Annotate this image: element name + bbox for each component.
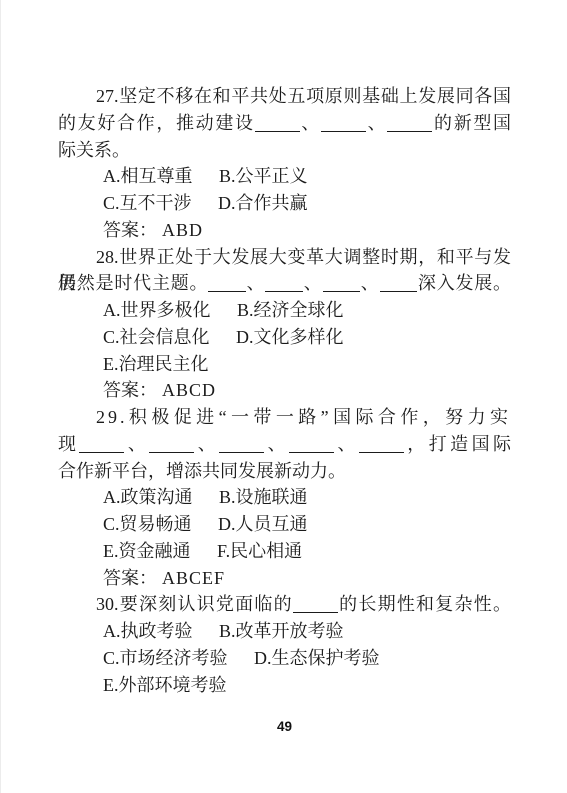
q30-option-d: D.生态保护考验 (254, 648, 380, 668)
q29-option-d: D.人员互通 (218, 514, 308, 534)
q28-options-row-2: C.社会信息化 D.文化多样化 (58, 324, 511, 351)
q29-options-row-1: A.政策沟通 B.设施联通 (58, 484, 511, 511)
q28-options-row-3: E.治理民主化 (58, 351, 511, 378)
q27-option-c: C.互不干涉 (103, 193, 192, 213)
q29-answer-value: ABCEF (162, 568, 225, 588)
q30-option-c: C.市场经济考验 (103, 648, 228, 668)
q29-option-a: A.政策沟通 (103, 487, 193, 507)
q29-option-c: C.贸易畅通 (103, 514, 192, 534)
q27-options-row-1: A.相互尊重 B.公平正义 (58, 163, 511, 190)
blank-underline (380, 290, 418, 292)
q29-stem-line-3: 合作新平台，增添共同发展新动力。 (58, 458, 511, 485)
question-29: 29.积极促进“一带一路”国际合作，努力实 现、、、、，打造国际 合作新平台，增… (58, 404, 511, 591)
blank-underline (219, 451, 264, 453)
q27-option-b: B.公平正义 (219, 166, 308, 186)
q28-option-b: B.经济全球化 (237, 300, 344, 320)
q28-stem-line-1: 28.世界正处于大发展大变革大调整时期，和平与发展 (58, 244, 511, 271)
q30-options-row-1: A.执政考验 B.改革开放考验 (58, 618, 511, 645)
q29-answer-line: 答案：ABCEF (58, 565, 511, 592)
page-number: 49 (1, 719, 567, 734)
blank-underline (293, 611, 338, 613)
document-page: 27.坚定不移在和平共处五项原则基础上发展同各国 的友好合作，推动建设、、的新型… (0, 0, 567, 793)
q30-option-e: E.外部环境考验 (103, 675, 227, 695)
blank-underline (323, 290, 361, 292)
text-block: 27.坚定不移在和平共处五项原则基础上发展同各国 的友好合作，推动建设、、的新型… (58, 83, 511, 698)
blank-underline (289, 451, 334, 453)
q29-option-b: B.设施联通 (219, 487, 308, 507)
q28-answer-label: 答案： (103, 380, 157, 400)
q30-option-a: A.执政考验 (103, 621, 193, 641)
q27-option-a: A.相互尊重 (103, 166, 193, 186)
q30-stem-line-1: 30.要深刻认识党面临的的长期性和复杂性。 (58, 591, 511, 618)
q28-option-e: E.治理民主化 (103, 354, 209, 374)
q30-options-row-3: E.外部环境考验 (58, 672, 511, 699)
q27-option-d: D.合作共赢 (218, 193, 308, 213)
q29-options-row-3: E.资金融通 F.民心相通 (58, 538, 511, 565)
blank-underline (387, 130, 432, 132)
q28-stem-line-2: 仍然是时代主题。、、、深入发展。 (58, 270, 511, 297)
q29-answer-label: 答案： (103, 568, 157, 588)
q27-answer-line: 答案：ABD (58, 217, 511, 244)
q28-options-row-1: A.世界多极化 B.经济全球化 (58, 297, 511, 324)
q28-option-d: D.文化多样化 (236, 327, 344, 347)
q28-option-a: A.世界多极化 (103, 300, 211, 320)
q27-options-row-2: C.互不干涉 D.合作共赢 (58, 190, 511, 217)
question-28: 28.世界正处于大发展大变革大调整时期，和平与发展 仍然是时代主题。、、、深入发… (58, 244, 511, 405)
q27-answer-label: 答案： (103, 220, 157, 240)
q28-answer-value: ABCD (162, 380, 216, 400)
blank-underline (149, 451, 194, 453)
blank-underline (359, 451, 404, 453)
q27-stem-line-2: 的友好合作，推动建设、、的新型国 (58, 110, 511, 137)
question-27: 27.坚定不移在和平共处五项原则基础上发展同各国 的友好合作，推动建设、、的新型… (58, 83, 511, 244)
q27-stem-line-3: 际关系。 (58, 137, 511, 164)
blank-underline (265, 290, 303, 292)
q29-options-row-2: C.贸易畅通 D.人员互通 (58, 511, 511, 538)
blank-underline (255, 130, 300, 132)
q27-stem-line-1: 27.坚定不移在和平共处五项原则基础上发展同各国 (58, 83, 511, 110)
blank-underline (321, 130, 366, 132)
q27-answer-value: ABD (162, 220, 203, 240)
blank-underline (208, 290, 246, 292)
q30-options-row-2: C.市场经济考验 D.生态保护考验 (58, 645, 511, 672)
q30-option-b: B.改革开放考验 (219, 621, 344, 641)
q28-option-c: C.社会信息化 (103, 327, 210, 347)
q28-answer-line: 答案：ABCD (58, 377, 511, 404)
q29-stem-line-2: 现、、、、，打造国际 (58, 431, 511, 458)
blank-underline (79, 451, 124, 453)
q29-option-f: F.民心相通 (217, 541, 302, 561)
q29-option-e: E.资金融通 (103, 541, 191, 561)
question-30: 30.要深刻认识党面临的的长期性和复杂性。 A.执政考验 B.改革开放考验 C.… (58, 591, 511, 698)
q29-stem-line-1: 29.积极促进“一带一路”国际合作，努力实 (58, 404, 511, 431)
